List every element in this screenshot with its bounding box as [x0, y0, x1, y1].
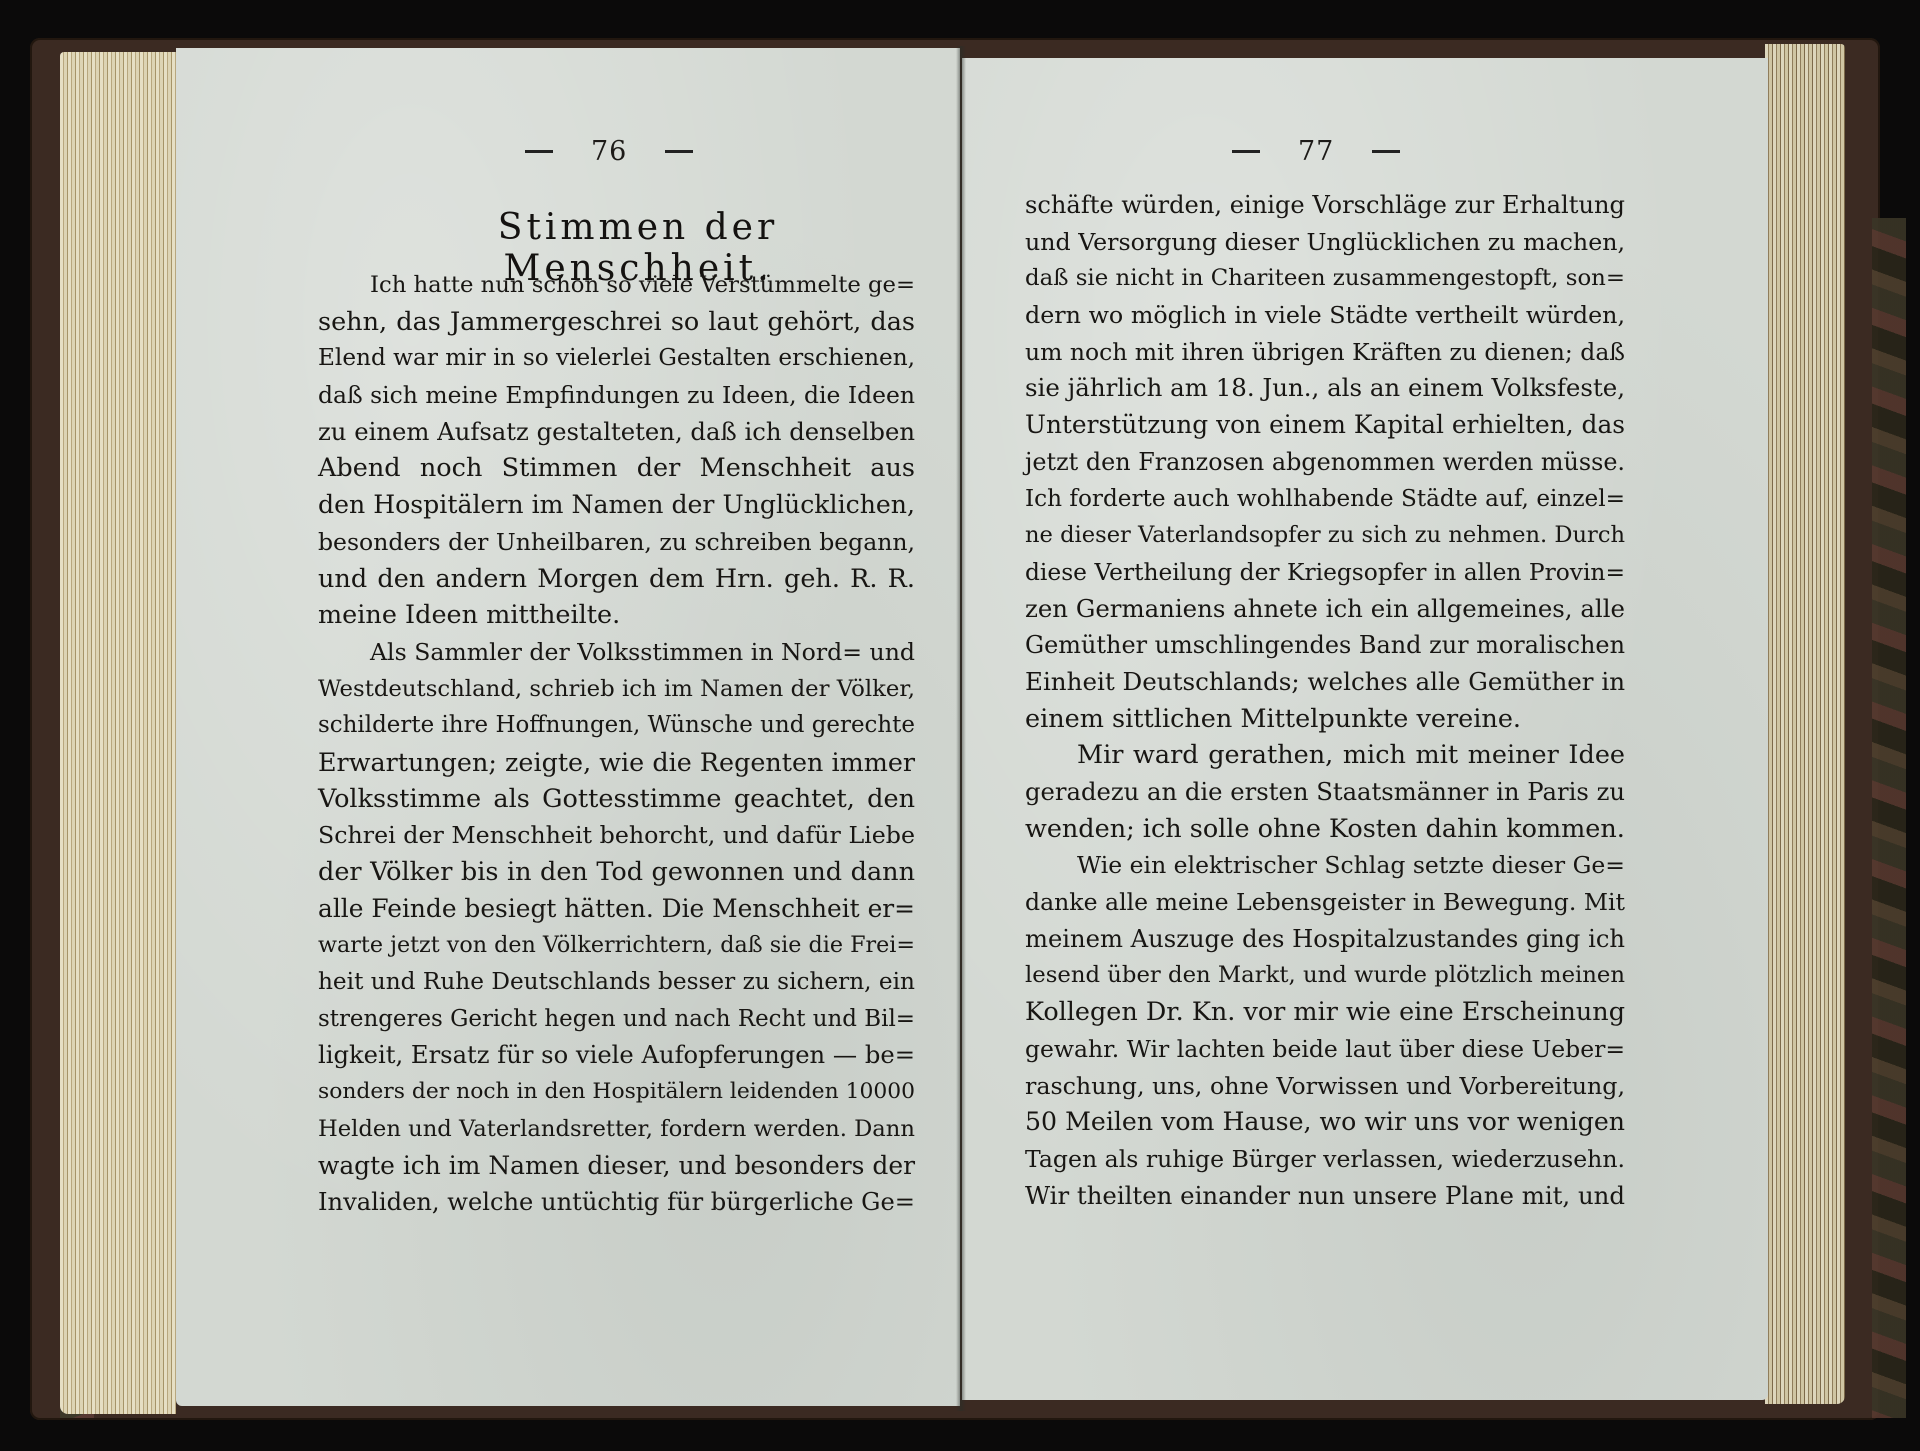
text-line: wagte ich im Namen dieser, und besonders… [318, 1148, 915, 1185]
text-line: Kollegen Dr. Kn. vor mir wie eine Ersche… [1025, 994, 1625, 1031]
text-line: sie jährlich am 18. Jun., als an einem V… [1025, 370, 1625, 407]
text-line: gewahr. Wir lachten beide laut über dies… [1025, 1031, 1625, 1068]
text-line: Ich forderte auch wohlhabende Städte auf… [1025, 481, 1625, 518]
text-line: zu einem Aufsatz gestalteten, daß ich de… [318, 414, 915, 451]
text-line: schäfte würden, einige Vorschläge zur Er… [1025, 187, 1625, 224]
text-line: sonders der noch in den Hospitälern leid… [318, 1074, 915, 1111]
text-line: der Völker bis in den Tod gewonnen und d… [318, 854, 915, 891]
text-line: danke alle meine Lebensgeister in Bewegu… [1025, 884, 1625, 921]
book-gutter [956, 46, 966, 1411]
folio-dash [665, 150, 693, 153]
text-line: Helden und Vaterlandsretter, fordern wer… [318, 1111, 915, 1148]
text-line: Wir theilten einander nun unsere Plane m… [1025, 1178, 1625, 1215]
text-line: daß sie nicht in Chariteen zusammengesto… [1025, 260, 1625, 297]
text-line: Schrei der Menschheit behorcht, und dafü… [318, 817, 915, 854]
text-line: ne dieser Vaterlandsopfer zu sich zu neh… [1025, 517, 1625, 554]
text-line: Als Sammler der Volksstimmen in Nord= un… [318, 634, 915, 671]
text-line: daß sich meine Empfindungen zu Ideen, di… [318, 377, 915, 414]
folio-dash [1372, 150, 1400, 153]
right-page-number: 77 [1232, 136, 1400, 167]
marbled-cover-right [1872, 218, 1906, 1418]
text-line: 50 Meilen vom Hause, wo wir uns vor weni… [1025, 1104, 1625, 1141]
right-page-text: schäfte würden, einige Vorschläge zur Er… [1025, 187, 1625, 1214]
text-line: geradezu an die ersten Staatsmänner in P… [1025, 774, 1625, 811]
left-page-number: 76 [525, 136, 693, 167]
text-line: dern wo möglich in viele Städte vertheil… [1025, 297, 1625, 334]
text-line: Abend noch Stimmen der Menschheit aus [318, 450, 915, 487]
text-line: meine Ideen mittheilte. [318, 597, 915, 634]
folio-dash [525, 150, 553, 153]
page-number-77: 77 [1298, 136, 1334, 167]
text-line: und Versorgung dieser Unglücklichen zu m… [1025, 224, 1625, 261]
text-line: Elend war mir in so vielerlei Gestalten … [318, 340, 915, 377]
text-line: alle Feinde besiegt hätten. Die Menschhe… [318, 891, 915, 928]
text-line: Unterstützung von einem Kapital erhielte… [1025, 407, 1625, 444]
folio-dash [1232, 150, 1260, 153]
text-line: Volksstimme als Gottesstimme geachtet, d… [318, 781, 915, 818]
text-line: raschung, uns, ohne Vorwissen und Vorber… [1025, 1068, 1625, 1105]
text-line: diese Vertheilung der Kriegsopfer in all… [1025, 554, 1625, 591]
text-line: strengeres Gericht hegen und nach Recht … [318, 1001, 915, 1038]
text-line: Ich hatte nun schon so viele Verstümmelt… [318, 267, 915, 304]
left-page-text: Ich hatte nun schon so viele Verstümmelt… [318, 267, 915, 1221]
page-edges-right [1765, 44, 1845, 1404]
text-line: jetzt den Franzosen abgenommen werden mü… [1025, 444, 1625, 481]
text-line: zen Germaniens ahnete ich ein allgemeine… [1025, 591, 1625, 628]
text-line: einem sittlichen Mittelpunkte vereine. [1025, 701, 1625, 738]
text-line: heit und Ruhe Deutschlands besser zu sic… [318, 964, 915, 1001]
text-line: Westdeutschland, schrieb ich im Namen de… [318, 671, 915, 708]
text-line: meinem Auszuge des Hospitalzustandes gin… [1025, 921, 1625, 958]
text-line: Mir ward gerathen, mich mit meiner Idee [1025, 737, 1625, 774]
text-line: ligkeit, Ersatz für so viele Aufopferung… [318, 1037, 915, 1074]
text-line: wenden; ich solle ohne Kosten dahin komm… [1025, 811, 1625, 848]
page-edges-left [60, 52, 176, 1414]
text-line: Erwartungen; zeigte, wie die Regenten im… [318, 744, 915, 781]
page-number-76: 76 [591, 136, 627, 167]
text-line: um noch mit ihren übrigen Kräften zu die… [1025, 334, 1625, 371]
text-line: schilderte ihre Hoffnungen, Wünsche und … [318, 707, 915, 744]
text-line: Tagen als ruhige Bürger verlassen, wiede… [1025, 1141, 1625, 1178]
text-line: besonders der Unheilbaren, zu schreiben … [318, 524, 915, 561]
text-line: sehn, das Jammergeschrei so laut gehört,… [318, 304, 915, 341]
text-line: Gemüther umschlingendes Band zur moralis… [1025, 627, 1625, 664]
text-line: und den andern Morgen dem Hrn. geh. R. R… [318, 561, 915, 598]
text-line: Invaliden, welche untüchtig für bürgerli… [318, 1184, 915, 1221]
text-line: warte jetzt von den Völkerrichtern, daß … [318, 927, 915, 964]
text-line: lesend über den Markt, und wurde plötzli… [1025, 957, 1625, 994]
text-line: den Hospitälern im Namen der Unglücklich… [318, 487, 915, 524]
text-line: Wie ein elektrischer Schlag setzte diese… [1025, 847, 1625, 884]
text-line: Einheit Deutschlands; welches alle Gemüt… [1025, 664, 1625, 701]
